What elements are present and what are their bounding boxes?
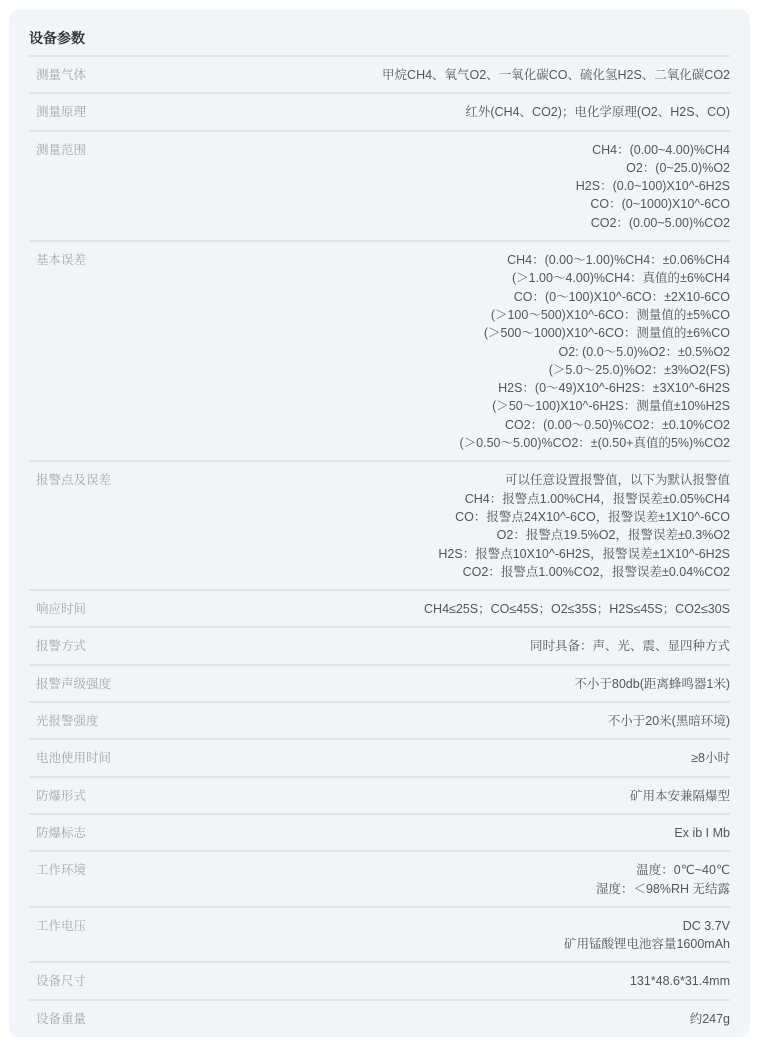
spec-label: 响应时间 — [29, 600, 86, 618]
spec-value-line: 可以任意设置报警值，以下为默认报警值 — [438, 471, 730, 489]
spec-value-line: ≥8小时 — [691, 749, 730, 767]
spec-value-line: O2：(0~25.0)%O2 — [576, 159, 730, 177]
device-parameters-card: 设备参数 测量气体甲烷CH4、氧气O2、一氧化碳CO、硫化氢H2S、二氧化碳CO… — [9, 10, 750, 1037]
spec-value-line: DC 3.7V — [564, 917, 730, 935]
spec-label: 电池使用时间 — [29, 749, 111, 767]
spec-label: 防爆形式 — [29, 787, 86, 805]
spec-value-line: H2S：(0～49)X10^-6H2S：±3X10^-6H2S — [460, 379, 731, 397]
spec-row: 设备尺寸131*48.6*31.4mm — [29, 963, 730, 1000]
spec-value-line: CH4：(0.00～1.00)%CH4：±0.06%CH4 — [460, 251, 731, 269]
spec-values: 矿用本安兼隔爆型 — [630, 787, 730, 805]
spec-value-line: 不小于20米(黑暗环境) — [608, 712, 730, 730]
spec-value-line: 温度：0℃~40℃ — [596, 861, 730, 879]
spec-values: 可以任意设置报警值，以下为默认报警值CH4：报警点1.00%CH4，报警误差±0… — [438, 471, 730, 581]
spec-value-line: CO：(0~1000)X10^-6CO — [576, 195, 730, 213]
spec-value-line: 131*48.6*31.4mm — [630, 972, 730, 990]
spec-value-line: (＞100～500)X10^-6CO：测量值的±5%CO — [460, 306, 731, 324]
spec-row: 响应时间CH4≤25S；CO≤45S；O2≤35S；H2S≤45S；CO2≤30… — [29, 591, 730, 628]
spec-value-line: 不小于80db(距离蜂鸣器1米) — [574, 675, 730, 693]
spec-value-line: (＞500～1000)X10^-6CO：测量值的±6%CO — [460, 324, 731, 342]
spec-value-line: 同时具备：声、光、震、显四种方式 — [530, 637, 730, 655]
spec-value-line: (＞1.00～4.00)%CH4：真值的±6%CH4 — [460, 269, 731, 287]
spec-value-line: H2S：(0.0~100)X10^-6H2S — [576, 177, 730, 195]
spec-row: 设备重量约247g — [29, 1001, 730, 1036]
spec-row: 基本误差CH4：(0.00～1.00)%CH4：±0.06%CH4(＞1.00～… — [29, 242, 730, 462]
spec-value-line: 约247g — [690, 1010, 730, 1028]
spec-value-line: CO：(0～100)X10^-6CO：±2X10-6CO — [460, 288, 731, 306]
section-title: 设备参数 — [29, 10, 730, 57]
spec-row: 报警点及误差可以任意设置报警值，以下为默认报警值CH4：报警点1.00%CH4，… — [29, 462, 730, 591]
spec-label: 光报警强度 — [29, 712, 99, 730]
spec-values: 红外(CH4、CO2)；电化学原理(O2、H2S、CO) — [465, 103, 730, 121]
spec-value-line: 矿用锰酸锂电池容量1600mAh — [564, 935, 730, 953]
spec-row: 防爆标志Ex ib I Mb — [29, 815, 730, 852]
spec-value-line: O2: (0.0～5.0)%O2：±0.5%O2 — [460, 343, 731, 361]
spec-label: 测量气体 — [29, 66, 86, 84]
spec-row: 工作电压DC 3.7V矿用锰酸锂电池容量1600mAh — [29, 908, 730, 964]
spec-label: 工作环境 — [29, 861, 86, 898]
spec-label: 报警声级强度 — [29, 675, 111, 693]
spec-value-line: (＞50～100)X10^-6H2S：测量值±10%H2S — [460, 397, 731, 415]
spec-value-line: 甲烷CH4、氧气O2、一氧化碳CO、硫化氢H2S、二氧化碳CO2 — [382, 66, 730, 84]
spec-label: 报警点及误差 — [29, 471, 111, 581]
spec-value-line: H2S：报警点10X10^-6H2S，报警误差±1X10^-6H2S — [438, 545, 730, 563]
spec-row: 报警方式同时具备：声、光、震、显四种方式 — [29, 628, 730, 665]
spec-row: 光报警强度不小于20米(黑暗环境) — [29, 703, 730, 740]
spec-values: 温度：0℃~40℃湿度：＜98%RH 无结露 — [596, 861, 730, 898]
spec-row: 测量范围CH4：(0.00~4.00)%CH4O2：(0~25.0)%O2H2S… — [29, 132, 730, 242]
spec-label: 测量原理 — [29, 103, 86, 121]
spec-row: 电池使用时间≥8小时 — [29, 740, 730, 777]
spec-values: 不小于80db(距离蜂鸣器1米) — [574, 675, 730, 693]
spec-values: 同时具备：声、光、震、显四种方式 — [530, 637, 730, 655]
spec-row: 测量气体甲烷CH4、氧气O2、一氧化碳CO、硫化氢H2S、二氧化碳CO2 — [29, 57, 730, 94]
spec-values: 约247g — [690, 1010, 730, 1028]
spec-values: ≥8小时 — [691, 749, 730, 767]
spec-row: 测量原理红外(CH4、CO2)；电化学原理(O2、H2S、CO) — [29, 94, 730, 131]
spec-label: 防爆标志 — [29, 824, 86, 842]
spec-value-line: CO2：报警点1.00%CO2，报警误差±0.04%CO2 — [438, 563, 730, 581]
spec-values: CH4≤25S；CO≤45S；O2≤35S；H2S≤45S；CO2≤30S — [424, 600, 730, 618]
spec-value-line: 矿用本安兼隔爆型 — [630, 787, 730, 805]
spec-value-line: CO2：(0.00~5.00)%CO2 — [576, 214, 730, 232]
spec-value-line: Ex ib I Mb — [674, 824, 730, 842]
spec-value-line: CH4：(0.00~4.00)%CH4 — [576, 141, 730, 159]
spec-value-line: CH4≤25S；CO≤45S；O2≤35S；H2S≤45S；CO2≤30S — [424, 600, 730, 618]
spec-label: 报警方式 — [29, 637, 86, 655]
spec-row: 防爆形式矿用本安兼隔爆型 — [29, 778, 730, 815]
spec-row: 报警声级强度不小于80db(距离蜂鸣器1米) — [29, 666, 730, 703]
spec-value-line: CO：报警点24X10^-6CO，报警误差±1X10^-6CO — [438, 508, 730, 526]
spec-values: CH4：(0.00～1.00)%CH4：±0.06%CH4(＞1.00～4.00… — [460, 251, 731, 452]
spec-value-line: 红外(CH4、CO2)；电化学原理(O2、H2S、CO) — [465, 103, 730, 121]
spec-values: Ex ib I Mb — [674, 824, 730, 842]
spec-value-line: CH4：报警点1.00%CH4，报警误差±0.05%CH4 — [438, 490, 730, 508]
spec-label: 设备重量 — [29, 1010, 86, 1028]
spec-row: 工作环境温度：0℃~40℃湿度：＜98%RH 无结露 — [29, 852, 730, 908]
spec-value-line: 湿度：＜98%RH 无结露 — [596, 880, 730, 898]
spec-value-line: (＞5.0～25.0)%O2：±3%O2(FS) — [460, 361, 731, 379]
spec-values: DC 3.7V矿用锰酸锂电池容量1600mAh — [564, 917, 730, 954]
spec-table: 测量气体甲烷CH4、氧气O2、一氧化碳CO、硫化氢H2S、二氧化碳CO2测量原理… — [29, 57, 730, 1036]
spec-label: 测量范围 — [29, 141, 86, 232]
spec-label: 工作电压 — [29, 917, 86, 954]
spec-value-line: (＞0.50～5.00)%CO2：±(0.50+真值的5%)%CO2 — [460, 434, 731, 452]
spec-value-line: CO2：(0.00～0.50)%CO2：±0.10%CO2 — [460, 416, 731, 434]
spec-value-line: O2：报警点19.5%O2，报警误差±0.3%O2 — [438, 526, 730, 544]
spec-label: 设备尺寸 — [29, 972, 86, 990]
spec-values: 131*48.6*31.4mm — [630, 972, 730, 990]
spec-values: 不小于20米(黑暗环境) — [608, 712, 730, 730]
spec-values: CH4：(0.00~4.00)%CH4O2：(0~25.0)%O2H2S：(0.… — [576, 141, 730, 232]
spec-values: 甲烷CH4、氧气O2、一氧化碳CO、硫化氢H2S、二氧化碳CO2 — [382, 66, 730, 84]
spec-label: 基本误差 — [29, 251, 86, 452]
